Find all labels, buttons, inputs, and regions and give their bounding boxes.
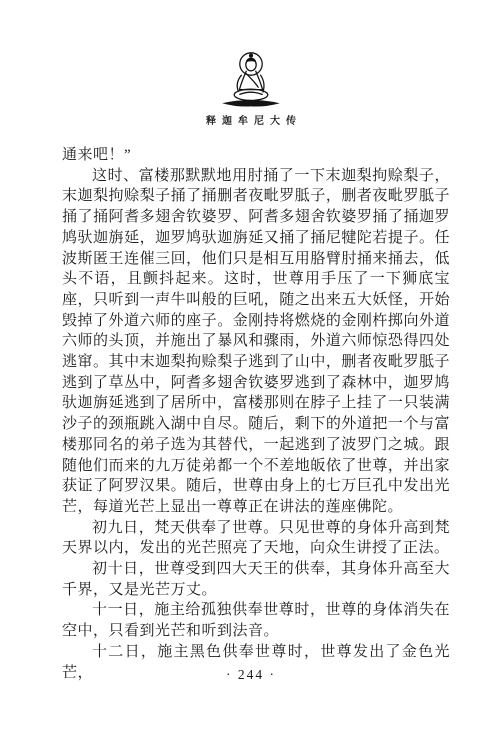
page-number: · 244 · — [0, 667, 502, 683]
paragraph: 初十日，世尊受到四大天王的供奉，其身体升高至大千界，又是光芒万丈。 — [62, 559, 450, 600]
paragraph: 这时、富楼那默默地用肘捅了一下末迦梨拘赊梨子，末迦梨拘赊梨子捅了捅删者夜毗罗胝子… — [62, 166, 450, 518]
paragraph: 初九日，梵天供奉了世尊。只见世尊的身体升高到梵天界以内，发出的光芒照亮了天地，向… — [62, 518, 450, 559]
paragraph-continuation: 通来吧！” — [62, 145, 450, 166]
paragraph: 十一日，施主给孤独供奉世尊时，世尊的身体消失在空中，只看到光芒和听到法音。 — [62, 600, 450, 641]
series-title: 释迦牟尼大传 — [0, 112, 502, 127]
body-text: 通来吧！” 这时、富楼那默默地用肘捅了一下末迦梨拘赊梨子，末迦梨拘赊梨子捅了捅删… — [62, 145, 450, 683]
buddha-icon — [203, 48, 299, 110]
book-page: 释迦牟尼大传 通来吧！” 这时、富楼那默默地用肘捅了一下末迦梨拘赊梨子，末迦梨拘… — [0, 0, 502, 747]
